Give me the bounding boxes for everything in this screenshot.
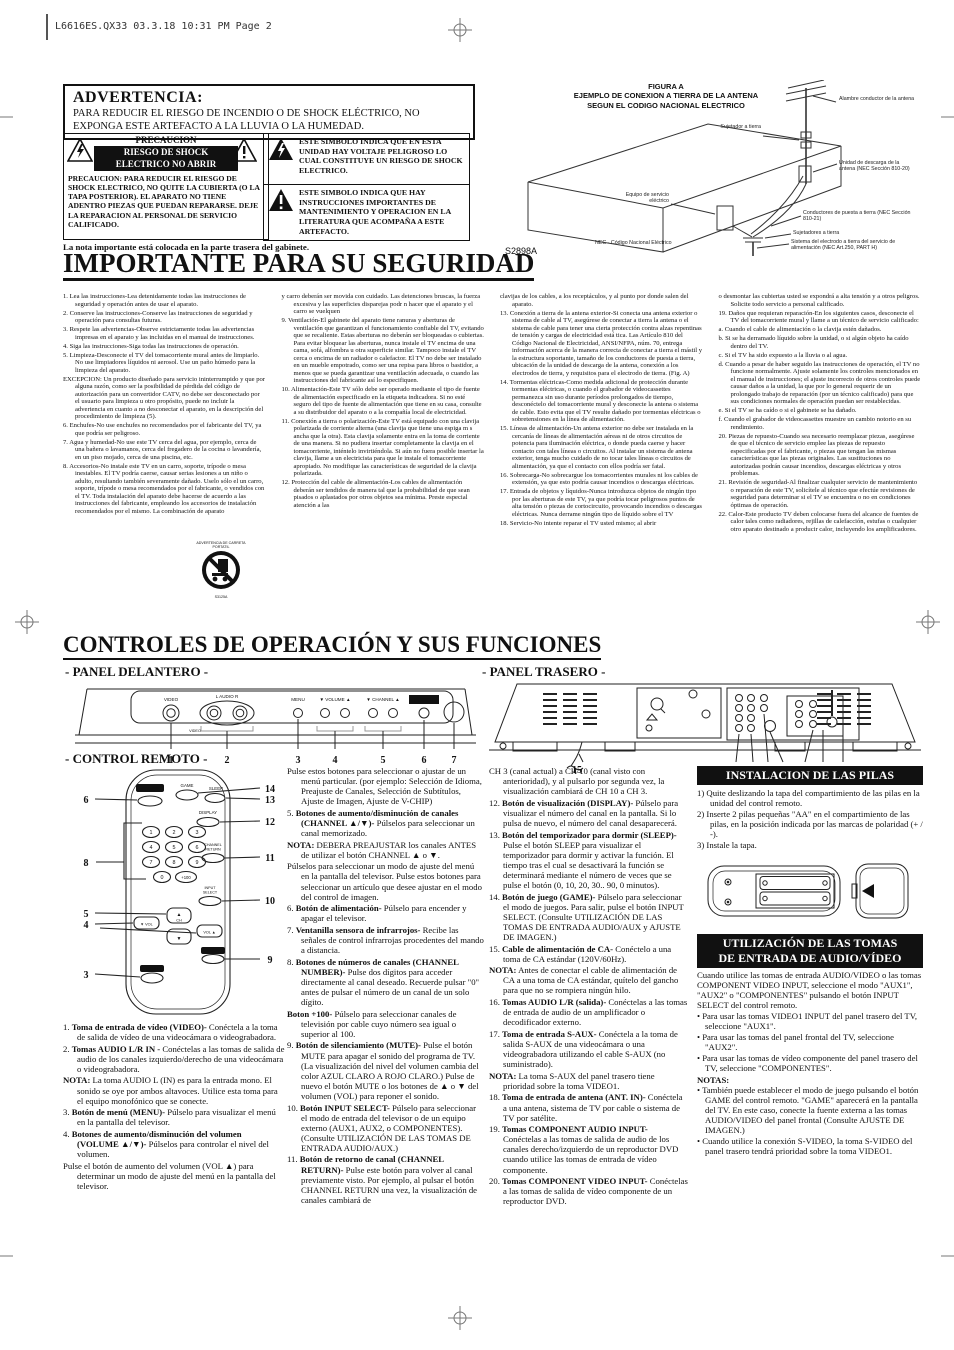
item-lead: Botón de silenciamiento (MUTE)- <box>296 1040 421 1050</box>
safety-item: 6. Enchufes-No use enchufes no recomenda… <box>63 422 266 437</box>
remote-callout-3: 3 <box>84 970 89 981</box>
item-text: Daños que requieran reparación-En los si… <box>728 310 918 325</box>
item-text: Pulse estos botones para seleccionar o a… <box>287 766 482 806</box>
digit-3: 3 <box>196 830 199 836</box>
av-note: • Cuando utilice la conexión S-VIDEO, la… <box>697 1136 923 1156</box>
remote-callout-12: 12 <box>265 817 275 828</box>
remote-channel-up-button: ▲ <box>177 912 182 918</box>
item-number: 7. <box>287 925 294 935</box>
safety-item: 17. Entrada de objetos y líquidos-Nunca … <box>500 488 703 518</box>
control-item: 20. Tomas COMPONENT VIDEO INPUT- Conécte… <box>489 1176 688 1206</box>
item-number: 16. <box>500 472 508 479</box>
item-number: f. <box>719 416 723 423</box>
safety-item: 10. Alimentación-Este TV sólo debe ser o… <box>282 386 485 416</box>
item-number: 15. <box>500 425 508 432</box>
battery-step: 1) Quite deslizando la tapa del comparti… <box>697 788 923 808</box>
item-text: Limpieza-Desconecte el TV del tomacorrie… <box>70 352 260 374</box>
av-note: • También puede establecer el modo de ju… <box>697 1085 923 1135</box>
battery-steps: 1) Quite deslizando la tapa del comparti… <box>697 788 923 851</box>
item-text: Entrada de objetos y líquidos-Nunca intr… <box>510 488 702 518</box>
item-number: e. <box>719 407 724 414</box>
av-intro: Cuando utilice las tomas de entrada AUDI… <box>697 970 923 1010</box>
av-box-title: UTILIZACIÓN DE LAS TOMAS DE ENTRADA DE A… <box>697 934 923 968</box>
volume-buttons-label: ▼ VOLUME ▲ <box>319 697 350 702</box>
remote-channel-down-button: ▼ <box>177 936 182 942</box>
remote-callout-8: 8 <box>84 858 89 869</box>
safety-item: 15. Líneas de alimentación-Un antena ext… <box>500 425 703 470</box>
safety-item: 8. Accesorios-No instale este TV en un c… <box>63 463 266 516</box>
step-text: Inserte 2 pilas pequeñas "AA" en el comp… <box>706 809 922 839</box>
item-lead: NOTA: <box>489 1071 516 1081</box>
note-text: Cuando utilice la conexión S-VIDEO, la t… <box>702 1136 912 1156</box>
callout-6: 6 <box>422 755 427 766</box>
warning-box: ADVERTENCIA: PARA REDUCIR EL RIESGO DE I… <box>63 84 475 140</box>
callout-3: 3 <box>296 755 301 766</box>
control-item: Púlselos para seleccionar un modo de aju… <box>287 861 484 901</box>
av-bullet: • Para usar las tomas del panel frontal … <box>697 1032 923 1052</box>
item-number: 9. <box>287 1040 294 1050</box>
item-number: 8. <box>63 463 68 470</box>
remote-channel-return-label2: RETURN <box>205 848 221 852</box>
control-item: 14. Botón de juego (GAME)- Púlselo para … <box>489 892 688 942</box>
callout-5: 5 <box>381 755 386 766</box>
bullet-text: Para usar las tomas de vídeo componente … <box>702 1053 918 1073</box>
remote-callout-11: 11 <box>265 853 274 864</box>
control-item: 9. Botón de silenciamiento (MUTE)- Pulse… <box>287 1040 484 1101</box>
digit-4: 4 <box>150 845 153 851</box>
item-number: 10. <box>287 1103 298 1113</box>
item-number: 1. <box>63 293 68 300</box>
item-text: Líneas de alimentación-Un antena exterio… <box>510 425 693 470</box>
figure-a-label-electrode: Sistema del electrodo a tierra del servi… <box>791 239 899 251</box>
safety-item: d. Cuando a pesar de haber seguido las i… <box>719 361 922 406</box>
av-bullet: • Para usar las tomas VIDEO1 INPUT del p… <box>697 1011 923 1031</box>
digit-8: 8 <box>173 860 176 866</box>
digit-1: 1 <box>150 830 153 836</box>
control-item: 19. Tomas COMPONENT AUDIO INPUT- Conécte… <box>489 1124 688 1174</box>
control-item: 18. Toma de entrada de antena (ANT. IN)-… <box>489 1092 688 1122</box>
safety-item: EXCEPCION: Un producto diseñado para ser… <box>63 376 266 421</box>
safety-item: 11. Conexión a tierra o polarización-Est… <box>282 418 485 478</box>
item-text: La toma AUDIO L (IN) es para la entrada … <box>77 1075 278 1105</box>
item-text: Si se ha derramado líquido sobre la unid… <box>725 335 908 350</box>
remote-heading: - CONTROL REMOTO - <box>65 751 207 767</box>
control-item: 10. Botón INPUT SELECT- Púlselo para sel… <box>287 1103 484 1153</box>
item-lead: Botón del temporizador para dormir (SLEE… <box>502 830 677 840</box>
battery-installation-figure <box>704 856 916 928</box>
front-panel-heading: - PANEL DELANTERO - <box>65 664 208 680</box>
control-item: 7. Ventanilla sensora de infrarrojos- Re… <box>287 925 484 955</box>
item-text: Si el TV se ha caído o si el gabinete se… <box>725 407 857 414</box>
safety-item: 18. Servicio-No intente reparar el TV us… <box>500 520 703 528</box>
figure-a-label-conductors: Conductores de puesta a tierra (NEC Secc… <box>803 210 913 222</box>
safety-item: o desmontar las cubiertas usted se expon… <box>719 293 922 308</box>
figure-a-label-service: Equipo de servicio eléctrico <box>623 192 669 204</box>
bullet-text: Para usar las tomas VIDEO1 INPUT del pan… <box>702 1011 917 1031</box>
item-lead: Botón de menú (MENU)- <box>72 1107 165 1117</box>
item-text: Accesorios-No instale este TV en un carr… <box>69 463 264 515</box>
item-lead: Cable de alimentación de CA- <box>502 944 613 954</box>
item-text: Ventilación-El gabinete del aparato tien… <box>288 317 484 384</box>
remote-callout-14: 14 <box>265 784 275 795</box>
safety-column-3: clavijas de los cables, a los receptácul… <box>500 293 703 629</box>
rear-panel-figure: 15 16 2 1 17 18 19 20 <box>487 676 923 776</box>
channel-buttons-label: ▼ CHANNEL ▲ <box>366 697 399 702</box>
safety-item: b. Si se ha derramado líquido sobre la u… <box>719 335 922 350</box>
item-text: clavijas de los cables, a los receptácul… <box>500 293 688 308</box>
safety-item: 14. Tormentas eléctricas-Como medida adi… <box>500 379 703 424</box>
step-text: Instale la tapa. <box>706 840 756 850</box>
digit-5: 5 <box>173 845 176 851</box>
controls-column-a: 1. Toma de entrada de vídeo (VIDEO)- Con… <box>63 1022 285 1334</box>
safety-item: 4. Siga las instrucciones-Siga todas las… <box>63 343 266 351</box>
safety-item: 21. Revisión de seguridad-Al finalizar c… <box>719 479 922 509</box>
item-text: Lea las instrucciones-Lea detenidamente … <box>70 293 246 308</box>
item-text: Enchufes-No use enchufes no recomendados… <box>70 422 262 437</box>
digit-0: 0 <box>161 875 164 881</box>
cart-warning-code: S3125A <box>196 596 246 600</box>
control-item: 3. Botón de menú (MENU)- Púlselo para vi… <box>63 1107 285 1127</box>
remote-callout-5: 5 <box>84 909 89 920</box>
safety-item: f. Cuando el grabador de videocassettes … <box>719 416 922 431</box>
menu-button-label: MENU <box>291 697 305 702</box>
safety-section-title: IMPORTANTE PARA SU SEGURIDAD <box>63 249 534 281</box>
item-number: 18. <box>489 1092 500 1102</box>
item-lead: Botón de alimentación- <box>296 903 382 913</box>
av-notes-label: NOTAS: <box>697 1075 923 1085</box>
remote-display-button: DISPLAY <box>199 810 217 815</box>
item-text: Antes de conectar el cable de alimentaci… <box>503 965 678 995</box>
item-number: 11. <box>282 418 290 425</box>
safety-item: a. Cuando el cable de alimentación o la … <box>719 326 922 334</box>
item-lead: Botón INPUT SELECT- <box>300 1103 390 1113</box>
item-number: 17. <box>500 488 508 495</box>
item-text: y carro deberán ser movida con cuidado. … <box>282 293 481 315</box>
safety-item: 12. Protección del cable de alimentación… <box>282 479 485 509</box>
av-box-title-line2: DE ENTRADA DE AUDIO/VÍDEO <box>697 951 923 966</box>
item-text: La toma S-AUX del panel trasero tiene pr… <box>503 1071 655 1091</box>
item-number: 13. <box>489 830 500 840</box>
control-item: NOTA: Antes de conectar el cable de alim… <box>489 965 688 995</box>
control-item: 13. Botón del temporizador para dormir (… <box>489 830 688 891</box>
caution-body: PRECAUCION: PARA REDUCIR EL RIESGO DE SH… <box>68 174 264 230</box>
item-text: Agua y humedad-No use este TV cerca del … <box>69 439 261 461</box>
bullet-text: Para usar las tomas del panel frontal de… <box>702 1032 894 1052</box>
item-number: 20. <box>719 433 727 440</box>
step-number: 1) <box>697 788 704 798</box>
item-number: 18. <box>500 520 508 527</box>
item-number: 11. <box>287 1154 298 1164</box>
figure-a-label-discharge: Unidad de descarga de la antena (NEC Sec… <box>839 160 917 172</box>
warning-title: ADVERTENCIA: <box>73 89 465 107</box>
control-item: CH 3 (canal actual) a CH 10 (canal visto… <box>489 766 688 796</box>
digit-7: 7 <box>150 860 153 866</box>
control-item: 16. Tomas AUDIO L/R (salida)- Conéctelas… <box>489 997 688 1027</box>
safety-item: y carro deberán ser movida con cuidado. … <box>282 293 485 316</box>
remote-sleep-button: SLEEP <box>209 786 223 791</box>
control-item: 6. Botón de alimentación- Púlselo para e… <box>287 903 484 923</box>
item-number: 20. <box>489 1176 500 1186</box>
caution-bar-line2: ELECTRICO NO ABRIR <box>94 158 238 170</box>
item-lead: Tomas COMPONENT VIDEO INPUT- <box>502 1176 648 1186</box>
remote-volume-up-button: VOL ▲ <box>203 931 215 935</box>
controls-column-c: CH 3 (canal actual) a CH 10 (canal visto… <box>489 766 688 1336</box>
safety-item: 1. Lea las instrucciones-Lea detenidamen… <box>63 293 266 308</box>
control-item: NOTA: La toma S-AUX del panel trasero ti… <box>489 1071 688 1091</box>
symbol-instructions-box: ESTE SIMBOLO INDICA QUE HAY INSTRUCCIONE… <box>263 184 470 241</box>
item-text: Siga las instrucciones-Siga todas las in… <box>70 343 239 350</box>
control-item: 2. Tomas AUDIO L/R IN - Conéctelas a las… <box>63 1044 285 1074</box>
caution-box: PRECAUCION RIESGO DE SHOCK ELECTRICO NO … <box>63 133 269 240</box>
av-box-title-line1: UTILIZACIÓN DE LAS TOMAS <box>697 936 923 951</box>
item-text: DEBERA PREAJUSTAR los canales ANTES de u… <box>301 840 476 860</box>
exclamation-triangle-filled-icon <box>268 188 294 212</box>
item-lead: Toma de entrada de vídeo (VIDEO)- <box>72 1022 207 1032</box>
control-item: 1. Toma de entrada de vídeo (VIDEO)- Con… <box>63 1022 285 1042</box>
control-item: 12. Botón de visualización (DISPLAY)- Pú… <box>489 798 688 828</box>
item-lead: Botón de visualización (DISPLAY)- <box>502 798 633 808</box>
item-lead: Tomas AUDIO L/R (salida)- <box>502 997 606 1007</box>
item-lead: Tomas COMPONENT AUDIO INPUT- <box>502 1124 648 1134</box>
control-item: 5. Botones de aumento/disminución de can… <box>287 808 484 838</box>
item-number: b. <box>719 335 724 342</box>
manual-page: L6616ES.QX33 03.3.18 10:31 PM Page 2 ADV… <box>0 0 954 1350</box>
control-item: 8. Botones de números de canales (CHANNE… <box>287 957 484 1007</box>
safety-item: 3. Respete las advertencias-Observe estr… <box>63 326 266 341</box>
control-item: Pulse el botón de aumento del volumen (V… <box>63 1161 285 1191</box>
item-text: o desmontar las cubiertas usted se expon… <box>719 293 920 308</box>
item-text: Cuando a pesar de haber seguido las inst… <box>725 361 920 406</box>
av-bullet: • Para usar las tomas de vídeo component… <box>697 1053 923 1073</box>
remote-callout-4: 4 <box>84 920 89 931</box>
battery-step: 2) Inserte 2 pilas pequeñas "AA" en el c… <box>697 809 923 839</box>
video-group-label: VIDEO <box>189 729 201 733</box>
item-number: 3. <box>63 1107 70 1117</box>
control-item: 17. Toma de entrada S-AUX- Conéctela a l… <box>489 1029 688 1069</box>
digit-2: 2 <box>173 830 176 836</box>
item-lead: NOTA: <box>287 840 314 850</box>
control-item: 11. Botón de retorno de canal (CHANNEL R… <box>287 1154 484 1204</box>
item-text: Púlselos para seleccionar un modo de aju… <box>287 861 482 901</box>
remote-channel-return-label1: CHANNEL <box>204 843 222 847</box>
safety-column-4: o desmontar las cubiertas usted se expon… <box>719 293 922 629</box>
remote-callout-10: 10 <box>265 896 275 907</box>
item-number: 8. <box>287 957 294 967</box>
step-number: 3) <box>697 840 704 850</box>
item-text: Pulse el botón de aumento del volumen (V… <box>63 1161 276 1191</box>
item-number: d. <box>719 361 724 368</box>
remote-callout-13: 13 <box>265 795 275 806</box>
item-number: 22. <box>719 511 727 518</box>
remote-control-figure: POWER GAME SLEEP DISPLAY 1 2 3 4 5 6 7 8… <box>70 767 285 1017</box>
control-item: 15. Cable de alimentación de CA- Conécte… <box>489 944 688 964</box>
item-text: Piezas de repuesto-Cuando sea necesario … <box>728 433 914 478</box>
digit-9: 9 <box>196 860 199 866</box>
step-text: Quite deslizando la tapa del compartimie… <box>706 788 919 808</box>
item-number: 6. <box>63 422 68 429</box>
safety-item: 19. Daños que requieran reparación-En lo… <box>719 310 922 325</box>
item-lead: Ventanilla sensora de infrarrojos- <box>296 925 421 935</box>
caution-body-text: PARA REDUCIR EL RIESGO DE SHOCK ELECTRIC… <box>68 174 260 229</box>
item-lead: Boton +100- <box>287 1009 332 1019</box>
item-text: Tormentas eléctricas-Como medida adicion… <box>510 379 701 424</box>
item-number: 16. <box>489 997 500 1007</box>
remote-game-button: GAME <box>181 783 194 788</box>
safety-item: 22. Calor-Este producto TV deben colocar… <box>719 511 922 534</box>
item-number: 10. <box>282 386 290 393</box>
item-lead: Tomas AUDIO L/R IN - <box>72 1044 161 1054</box>
remote-volume-down-button: ▼ VOL <box>140 923 152 927</box>
item-text: Sobrecarga-No sobrecargue los tomacorrie… <box>510 472 698 487</box>
item-number: a. <box>719 326 724 333</box>
remote-callout-6: 6 <box>84 795 89 806</box>
exclamation-triangle-icon <box>231 138 257 162</box>
item-text: Conexión a tierra de la antena exterior-… <box>510 310 702 377</box>
remote-input-select-label2: SELECT <box>203 891 218 895</box>
item-number: 19. <box>489 1124 500 1134</box>
safety-item: 16. Sobrecarga-No sobrecargue los tomaco… <box>500 472 703 487</box>
figure-a: FIGURA A EJEMPLO DE CONEXION A TIERRA DE… <box>503 80 921 260</box>
item-text: CH 3 (canal actual) a CH 10 (canal visto… <box>489 766 664 796</box>
safety-instructions: 1. Lea las instrucciones-Lea detenidamen… <box>63 293 921 629</box>
item-text: Protección del cable de alimentación-Los… <box>291 479 469 509</box>
video-jack-label: VIDEO <box>164 697 179 702</box>
safety-item: 13. Conexión a tierra de la antena exter… <box>500 310 703 378</box>
remote-ch-label: CH <box>176 919 182 923</box>
item-number: 21. <box>719 479 727 486</box>
step-number: 2) <box>697 809 704 819</box>
power-label: POWER <box>415 698 434 704</box>
item-text: Pulse el botón SLEEP para visualizar el … <box>503 840 674 890</box>
safety-item: 7. Agua y humedad-No use este TV cerca d… <box>63 439 266 462</box>
symbol-voltage-text: ESTE SIMBOLO INDICA QUE EN ESTA UNIDAD H… <box>299 137 465 176</box>
item-number: 12. <box>489 798 500 808</box>
item-text: Conserve las instrucciones-Conserve las … <box>70 310 253 325</box>
item-lead: NOTA: <box>63 1075 90 1085</box>
item-number: 2. <box>63 1044 70 1054</box>
print-job-header: L6616ES.QX33 03.3.18 10:31 PM Page 2 <box>46 14 272 40</box>
item-text: Conéctelas a las tomas de salida de audi… <box>503 1134 678 1174</box>
cart-warning: ADVERTENCIA DE CARRETA PORTATIL S3125A <box>196 542 246 600</box>
remote-power-button: POWER <box>141 787 159 792</box>
item-number: 1. <box>63 1022 70 1032</box>
controls-section-title: CONTROLES DE OPERACIÓN Y SUS FUNCIONES <box>63 633 601 660</box>
caution-bar-line1: RIESGO DE SHOCK <box>94 146 238 158</box>
remote-menu-button: MENU <box>146 967 158 972</box>
remote-input-select-label1: INPUT <box>204 886 216 890</box>
item-number: 14. <box>489 892 500 902</box>
battery-box-title: INSTALACION DE LAS PILAS <box>697 766 923 785</box>
safety-column-2: y carro deberán ser movida con cuidado. … <box>282 293 485 629</box>
item-lead: Toma de entrada S-AUX- <box>502 1029 597 1039</box>
item-lead: Toma de entrada de antena (ANT. IN)- <box>502 1092 646 1102</box>
safety-item: e. Si el TV se ha caído o si el gabinete… <box>719 407 922 415</box>
digit-6: 6 <box>196 845 199 851</box>
item-number: 9. <box>282 317 287 324</box>
control-item: Pulse estos botones para seleccionar o a… <box>287 766 484 806</box>
figure-a-label-wire: Alambre conductor de la antena <box>839 96 917 102</box>
item-text: Si el TV ha sido expuesto a la lluvia o … <box>725 352 847 359</box>
item-number: 13. <box>500 310 508 317</box>
note-text: También puede establecer el modo de jueg… <box>702 1085 918 1135</box>
figure-a-label-clamp: Sujetador a tierra <box>717 124 761 130</box>
safety-item: c. Si el TV ha sido expuesto a la lluvia… <box>719 352 922 360</box>
remote-callout-9: 9 <box>268 955 273 966</box>
item-text: Cuando el cable de alimentación o la cla… <box>725 326 882 333</box>
caution-body-lead: PRECAUCION: <box>68 174 122 183</box>
battery-step: 3) Instale la tapa. <box>697 840 923 850</box>
audio-jacks-label: L AUDIO R <box>216 694 239 699</box>
lightning-triangle-filled-icon <box>268 137 294 161</box>
lightning-triangle-icon <box>67 138 93 162</box>
safety-item: 20. Piezas de repuesto-Cuando sea necesa… <box>719 433 922 478</box>
item-text: Servicio-No intente reparar el TV usted … <box>510 520 656 527</box>
safety-item: 2. Conserve las instrucciones-Conserve l… <box>63 310 266 325</box>
remote-mute-button: MUTE <box>207 949 219 954</box>
digit-plus100: +100 <box>181 875 191 880</box>
item-lead: Botón de juego (GAME)- <box>502 892 595 902</box>
item-number: 2. <box>63 310 68 317</box>
av-bullets: • Para usar las tomas VIDEO1 INPUT del p… <box>697 1011 923 1074</box>
control-item: NOTA: La toma AUDIO L (IN) es para la en… <box>63 1075 285 1105</box>
item-text: Alimentación-Este TV sólo debe ser opera… <box>291 386 482 416</box>
item-number: 3. <box>63 326 68 333</box>
item-number: 19. <box>719 310 727 317</box>
item-number: 15. <box>489 944 500 954</box>
item-number: 12. <box>282 479 290 486</box>
warning-body: PARA REDUCIR EL RIESGO DE INCENDIO O DE … <box>73 108 465 133</box>
callout-4: 4 <box>333 755 338 766</box>
item-text: Respete las advertencias-Observe estrict… <box>70 326 255 341</box>
figure-a-label-nec: NEC - Código Nacional Eléctrico <box>595 240 695 246</box>
item-number: 14. <box>500 379 508 386</box>
item-text: Cuando el grabador de videocassettes mue… <box>724 416 911 431</box>
safety-item: clavijas de los cables, a los receptácul… <box>500 293 703 308</box>
control-item: 4. Botones de aumento/disminución del vo… <box>63 1129 285 1159</box>
safety-item: 5. Limpieza-Desconecte el TV del tomacor… <box>63 352 266 375</box>
right-info-column: INSTALACION DE LAS PILAS 1) Quite desliz… <box>697 766 923 1157</box>
cart-warning-caption: ADVERTENCIA DE CARRETA PORTATIL <box>196 542 246 549</box>
symbol-instructions-text: ESTE SIMBOLO INDICA QUE HAY INSTRUCCIONE… <box>299 188 465 237</box>
item-text: EXCEPCION: Un producto diseñado para ser… <box>63 376 265 421</box>
item-text: Conexión a tierra o polarización-Este TV… <box>291 418 484 478</box>
item-number: 5. <box>63 352 68 359</box>
item-number: 6. <box>287 903 294 913</box>
item-lead: NOTA: <box>489 965 516 975</box>
item-text: Calor-Este producto TV deben colocarse f… <box>728 511 918 533</box>
item-number: 17. <box>489 1029 500 1039</box>
item-number: 4. <box>63 1129 70 1139</box>
safety-item: 9. Ventilación-El gabinete del aparato t… <box>282 317 485 385</box>
callout-2: 2 <box>225 755 230 766</box>
item-number: 7. <box>63 439 68 446</box>
item-number: 5. <box>287 808 294 818</box>
av-notes: • También puede establecer el modo de ju… <box>697 1085 923 1157</box>
controls-column-b: Pulse estos botones para seleccionar o a… <box>287 766 484 1336</box>
control-item: NOTA: DEBERA PREAJUSTAR los canales ANTE… <box>287 840 484 860</box>
item-text: Revisión de seguridad-Al finalizar cualq… <box>728 479 917 509</box>
symbol-voltage-box: ESTE SIMBOLO INDICA QUE EN ESTA UNIDAD H… <box>263 133 470 185</box>
control-item: Boton +100- Púlselo para seleccionar can… <box>287 1009 484 1039</box>
figure-a-label-clamps: Sujetadores a tierra <box>793 230 873 236</box>
item-number: c. <box>719 352 724 359</box>
callout-7: 7 <box>452 755 457 766</box>
cart-warning-icon <box>200 549 242 591</box>
item-number: 4. <box>63 343 68 350</box>
